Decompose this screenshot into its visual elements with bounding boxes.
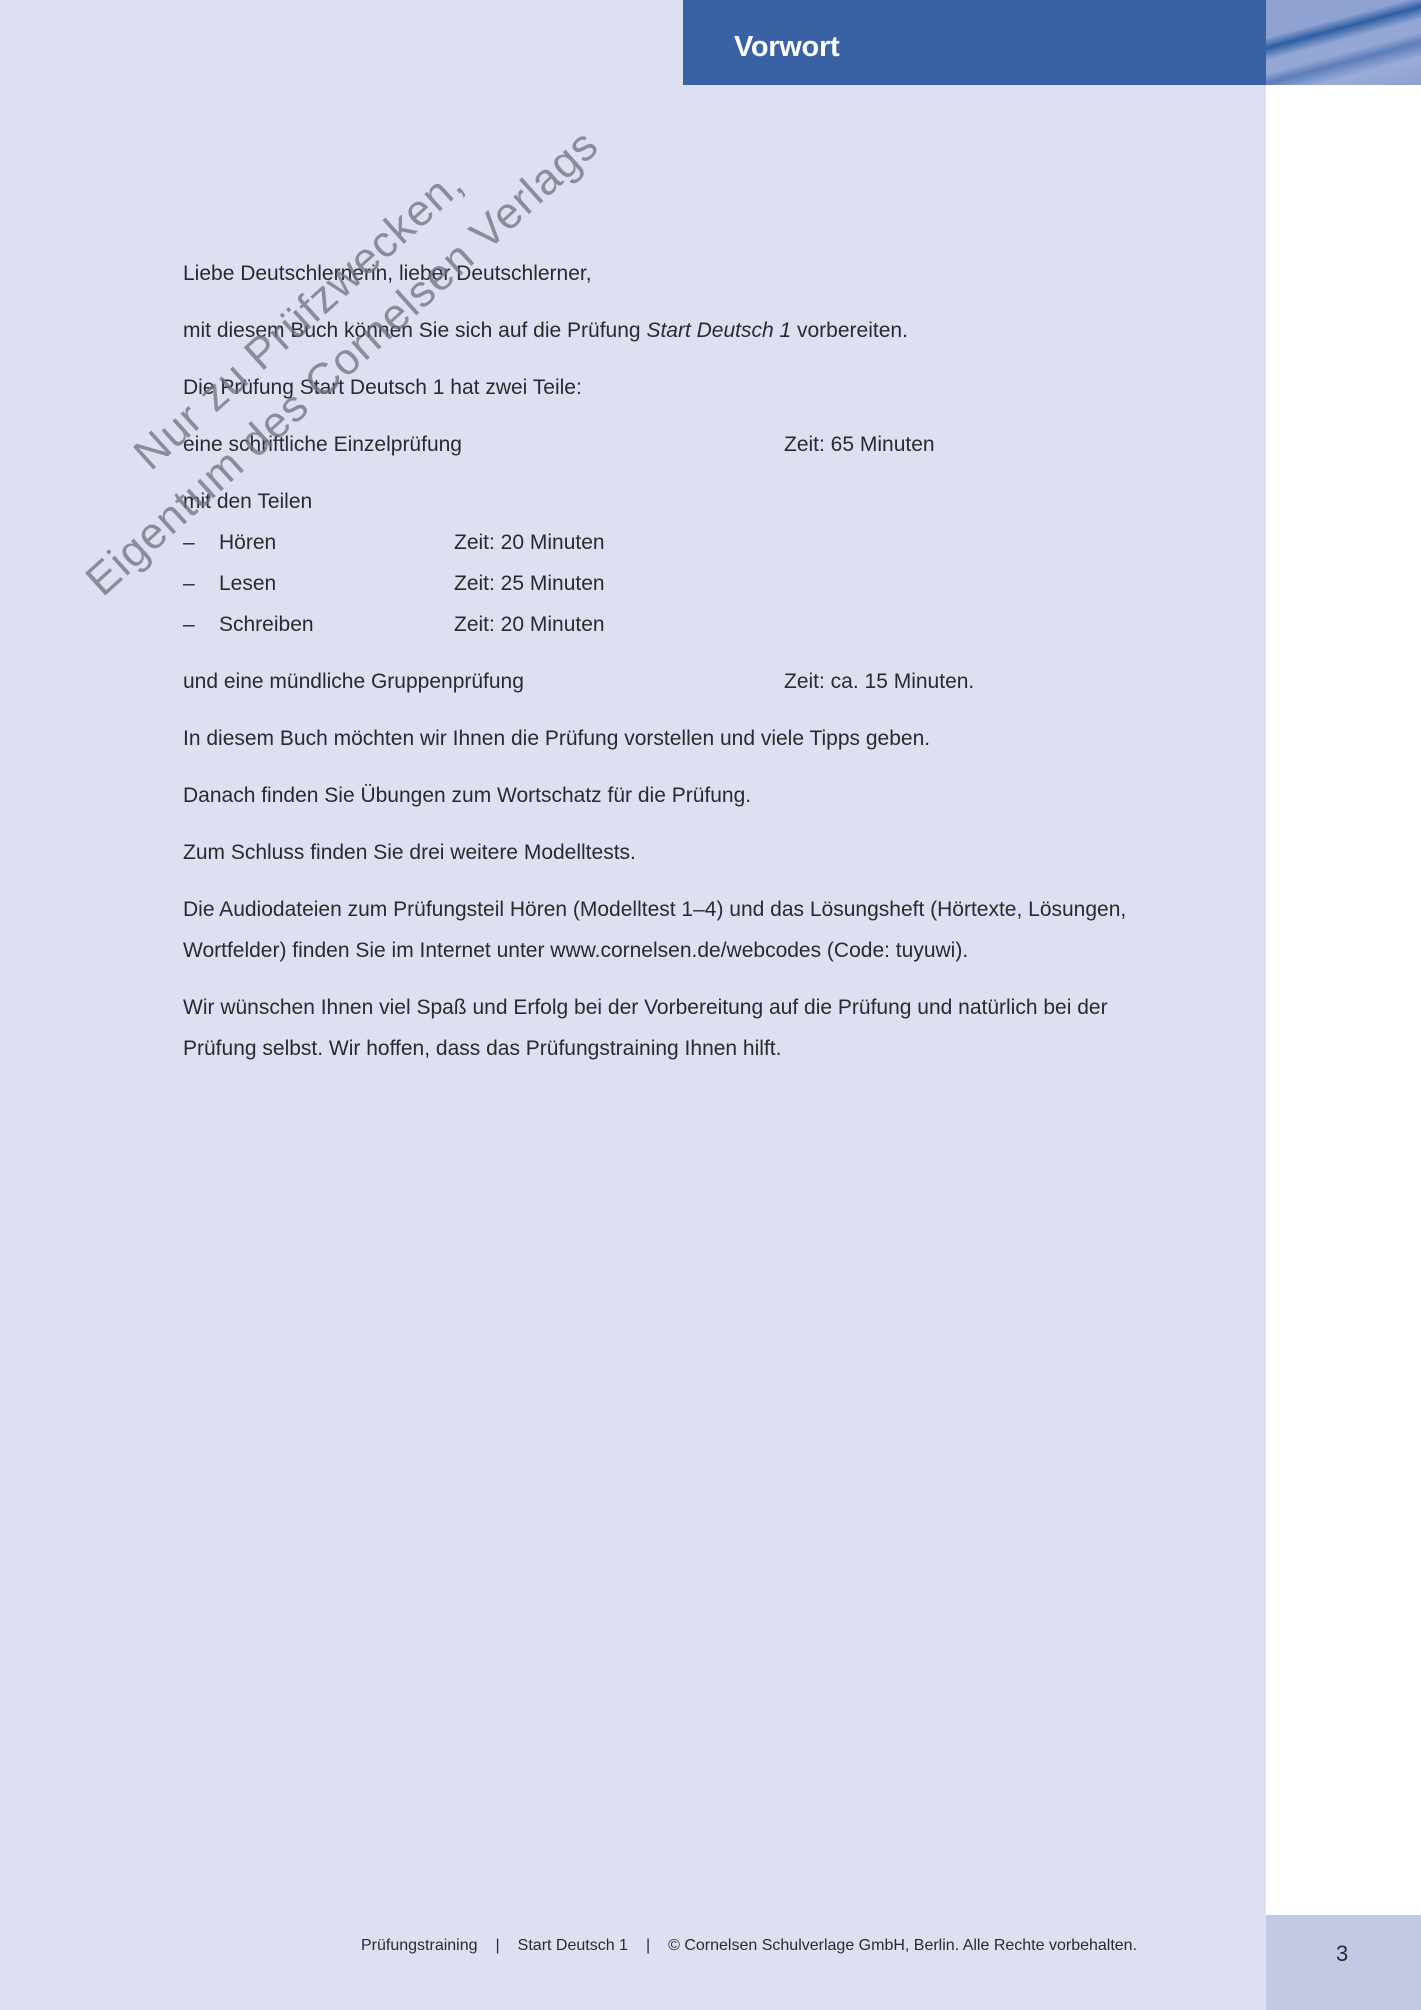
subpart-item: – Lesen Zeit: 25 Minuten (183, 572, 883, 602)
intro-suffix: vorbereiten. (791, 319, 908, 342)
subpart-time: Zeit: 20 Minuten (454, 613, 605, 637)
subpart-label: Lesen (219, 572, 276, 596)
paragraph: Danach finden Sie Übungen zum Wortschatz… (183, 784, 751, 808)
subpart-item: – Schreiben Zeit: 20 Minuten (183, 613, 883, 643)
footer-series: Prüfungstraining (361, 1937, 478, 1954)
written-exam-time: Zeit: 65 Minuten (784, 433, 935, 457)
paragraph: In diesem Buch möchten wir Ihnen die Prü… (183, 727, 930, 751)
section-header-bar: Vorwort (683, 0, 1266, 85)
paragraph-line: Die Audiodateien zum Prüfungsteil Hören … (183, 898, 1126, 922)
subpart-time: Zeit: 25 Minuten (454, 572, 605, 596)
footer-copyright: © Cornelsen Schulverlage GmbH, Berlin. A… (668, 1937, 1137, 1954)
page-number: 3 (1336, 1941, 1348, 1967)
section-title: Vorwort (734, 31, 839, 64)
page-number-box: 3 (1266, 1915, 1421, 2010)
subpart-time: Zeit: 20 Minuten (454, 531, 605, 555)
subpart-label: Schreiben (219, 613, 314, 637)
footer-book: Start Deutsch 1 (518, 1937, 628, 1954)
footer-separator: | (646, 1937, 650, 1955)
footer-separator: | (496, 1937, 500, 1955)
page-footer: Prüfungstraining|Start Deutsch 1|© Corne… (361, 1937, 1137, 1955)
subpart-label: Hören (219, 531, 276, 555)
dash-bullet: – (183, 572, 195, 596)
exam-title-italic: Start Deutsch 1 (646, 319, 791, 342)
oral-exam-time: Zeit: ca. 15 Minuten. (784, 670, 974, 694)
paragraph: Zum Schluss finden Sie drei weitere Mode… (183, 841, 636, 865)
paragraph-line: Prüfung selbst. Wir hoffen, dass das Prü… (183, 1037, 781, 1061)
oral-exam-label: und eine mündliche Gruppenprüfung (183, 670, 524, 694)
decorative-stripes (1266, 0, 1421, 85)
subpart-item: – Hören Zeit: 20 Minuten (183, 531, 883, 561)
paragraph-line: Wortfelder) finden Sie im Internet unter… (183, 939, 968, 963)
dash-bullet: – (183, 613, 195, 637)
paragraph-line: Wir wünschen Ihnen viel Spaß und Erfolg … (183, 996, 1108, 1020)
